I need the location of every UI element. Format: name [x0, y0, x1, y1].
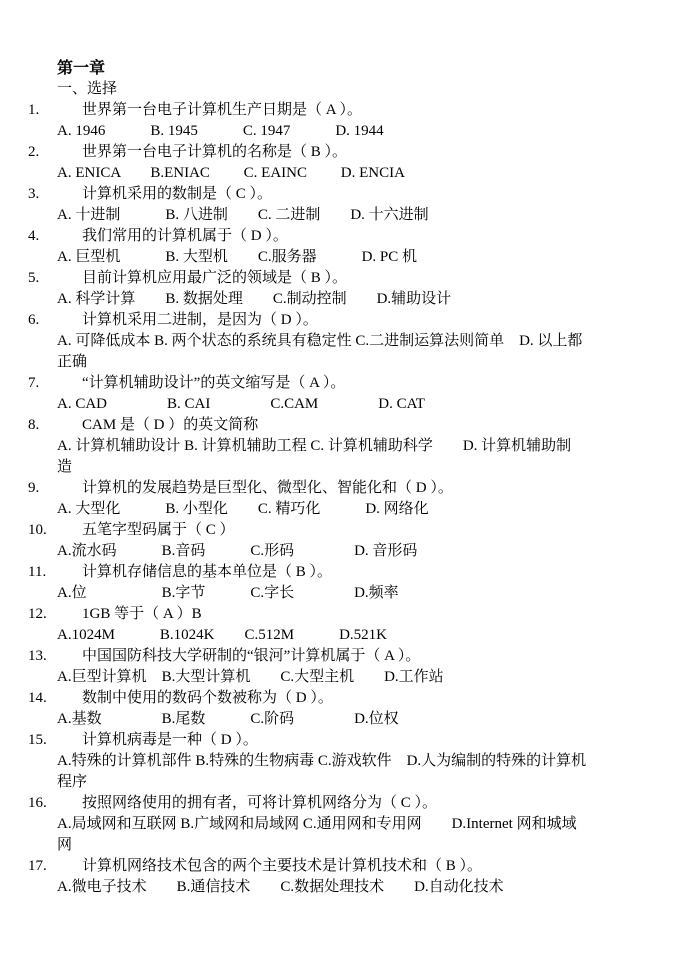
question-text: 计算机的发展趋势是巨型化、微型化、智能化和（ D ）。	[82, 478, 668, 499]
question-text: 计算机存储信息的基本单位是（ B ）。	[82, 562, 668, 583]
option-line: A. 大型化 B. 小型化 C. 精巧化 D. 网络化	[28, 499, 668, 520]
question-text: 计算机采用二进制，是因为（ D ）。	[82, 310, 668, 331]
questions: 1.世界第一台电子计算机生产日期是（ A ）。A. 1946 B. 1945 C…	[28, 100, 668, 898]
question-number: 2.	[28, 142, 39, 163]
option-line: A.位 B.字节 C.字长 D.频率	[28, 583, 668, 604]
question-row: 10.五笔字型码属于（ C ）	[28, 520, 668, 541]
option-line: A.巨型计算机 B.大型计算机 C.大型主机 D.工作站	[28, 667, 668, 688]
question-row: 12.1GB 等于（ A ）B	[28, 604, 668, 625]
chapter-title: 第一章	[28, 58, 668, 79]
question-text: 我们常用的计算机属于（ D ）。	[82, 226, 668, 247]
question-row: 11.计算机存储信息的基本单位是（ B ）。	[28, 562, 668, 583]
option-line: A. 巨型机 B. 大型机 C.服务器 D. PC 机	[28, 247, 668, 268]
question-number: 9.	[28, 478, 39, 499]
option-line: A.流水码 B.音码 C.形码 D. 音形码	[28, 541, 668, 562]
option-line: A. ENICA B.ENIAC C. EAINC D. ENCIA	[28, 163, 668, 184]
question-row: 3.计算机采用的数制是（ C ）。	[28, 184, 668, 205]
question-row: 17.计算机网络技术包含的两个主要技术是计算机技术和（ B ）。	[28, 856, 668, 877]
option-line: 网	[28, 835, 668, 856]
document-page: 第一章 一、选择 1.世界第一台电子计算机生产日期是（ A ）。A. 1946 …	[0, 0, 688, 972]
question-number: 3.	[28, 184, 39, 205]
question-text: 计算机采用的数制是（ C ）。	[82, 184, 668, 205]
question-number: 17.	[28, 856, 47, 877]
question-row: 15.计算机病毒是一种（ D ）。	[28, 730, 668, 751]
option-line: A.特殊的计算机部件 B.特殊的生物病毒 C.游戏软件 D.人为编制的特殊的计算…	[28, 751, 668, 772]
option-line: A. 可降低成本 B. 两个状态的系统具有稳定性 C.二进制运算法则简单 D. …	[28, 331, 668, 352]
section-title: 一、选择	[28, 79, 668, 100]
option-line: A. 科学计算 B. 数据处理 C.制动控制 D.辅助设计	[28, 289, 668, 310]
question-number: 12.	[28, 604, 47, 625]
option-line: A. 十进制 B. 八进制 C. 二进制 D. 十六进制	[28, 205, 668, 226]
question-number: 7.	[28, 373, 39, 394]
question-text: 中国国防科技大学研制的“银河”计算机属于（ A ）。	[82, 646, 668, 667]
question-row: 16.按照网络使用的拥有者，可将计算机网络分为（ C ）。	[28, 793, 668, 814]
question-text: 数制中使用的数码个数被称为（ D ）。	[82, 688, 668, 709]
question-number: 6.	[28, 310, 39, 331]
option-line: 程序	[28, 772, 668, 793]
question-number: 10.	[28, 520, 47, 541]
question-text: 世界第一台电子计算机生产日期是（ A ）。	[82, 100, 668, 121]
option-line: 造	[28, 457, 668, 478]
option-line: A.局域网和互联网 B.广域网和局域网 C.通用网和专用网 D.Internet…	[28, 814, 668, 835]
question-row: 4.我们常用的计算机属于（ D ）。	[28, 226, 668, 247]
question-row: 2.世界第一台电子计算机的名称是（ B ）。	[28, 142, 668, 163]
option-line: A.1024M B.1024K C.512M D.521K	[28, 625, 668, 646]
question-row: 7.“计算机辅助设计”的英文缩写是（ A ）。	[28, 373, 668, 394]
question-number: 16.	[28, 793, 47, 814]
question-number: 15.	[28, 730, 47, 751]
question-number: 1.	[28, 100, 39, 121]
option-line: A.微电子技术 B.通信技术 C.数据处理技术 D.自动化技术	[28, 877, 668, 898]
question-text: 按照网络使用的拥有者，可将计算机网络分为（ C ）。	[82, 793, 668, 814]
question-row: 5.目前计算机应用最广泛的领域是（ B ）。	[28, 268, 668, 289]
option-line: A. 1946 B. 1945 C. 1947 D. 1944	[28, 121, 668, 142]
question-text: 目前计算机应用最广泛的领域是（ B ）。	[82, 268, 668, 289]
question-number: 5.	[28, 268, 39, 289]
question-number: 4.	[28, 226, 39, 247]
question-row: 1.世界第一台电子计算机生产日期是（ A ）。	[28, 100, 668, 121]
question-number: 8.	[28, 415, 39, 436]
question-row: 8.CAM 是（ D ）的英文简称	[28, 415, 668, 436]
question-text: CAM 是（ D ）的英文简称	[82, 415, 668, 436]
question-text: 1GB 等于（ A ）B	[82, 604, 668, 625]
option-line: A. CAD B. CAI C.CAM D. CAT	[28, 394, 668, 415]
question-row: 14.数制中使用的数码个数被称为（ D ）。	[28, 688, 668, 709]
document-content: 第一章 一、选择 1.世界第一台电子计算机生产日期是（ A ）。A. 1946 …	[28, 58, 668, 898]
question-number: 13.	[28, 646, 47, 667]
question-text: 五笔字型码属于（ C ）	[82, 520, 668, 541]
option-line: A.基数 B.尾数 C.阶码 D.位权	[28, 709, 668, 730]
question-number: 14.	[28, 688, 47, 709]
option-line: 正确	[28, 352, 668, 373]
question-row: 9.计算机的发展趋势是巨型化、微型化、智能化和（ D ）。	[28, 478, 668, 499]
question-row: 13.中国国防科技大学研制的“银河”计算机属于（ A ）。	[28, 646, 668, 667]
question-number: 11.	[28, 562, 46, 583]
question-row: 6.计算机采用二进制，是因为（ D ）。	[28, 310, 668, 331]
option-line: A. 计算机辅助设计 B. 计算机辅助工程 C. 计算机辅助科学 D. 计算机辅…	[28, 436, 668, 457]
question-text: 计算机网络技术包含的两个主要技术是计算机技术和（ B ）。	[82, 856, 668, 877]
question-text: 世界第一台电子计算机的名称是（ B ）。	[82, 142, 668, 163]
question-text: “计算机辅助设计”的英文缩写是（ A ）。	[82, 373, 668, 394]
question-text: 计算机病毒是一种（ D ）。	[82, 730, 668, 751]
